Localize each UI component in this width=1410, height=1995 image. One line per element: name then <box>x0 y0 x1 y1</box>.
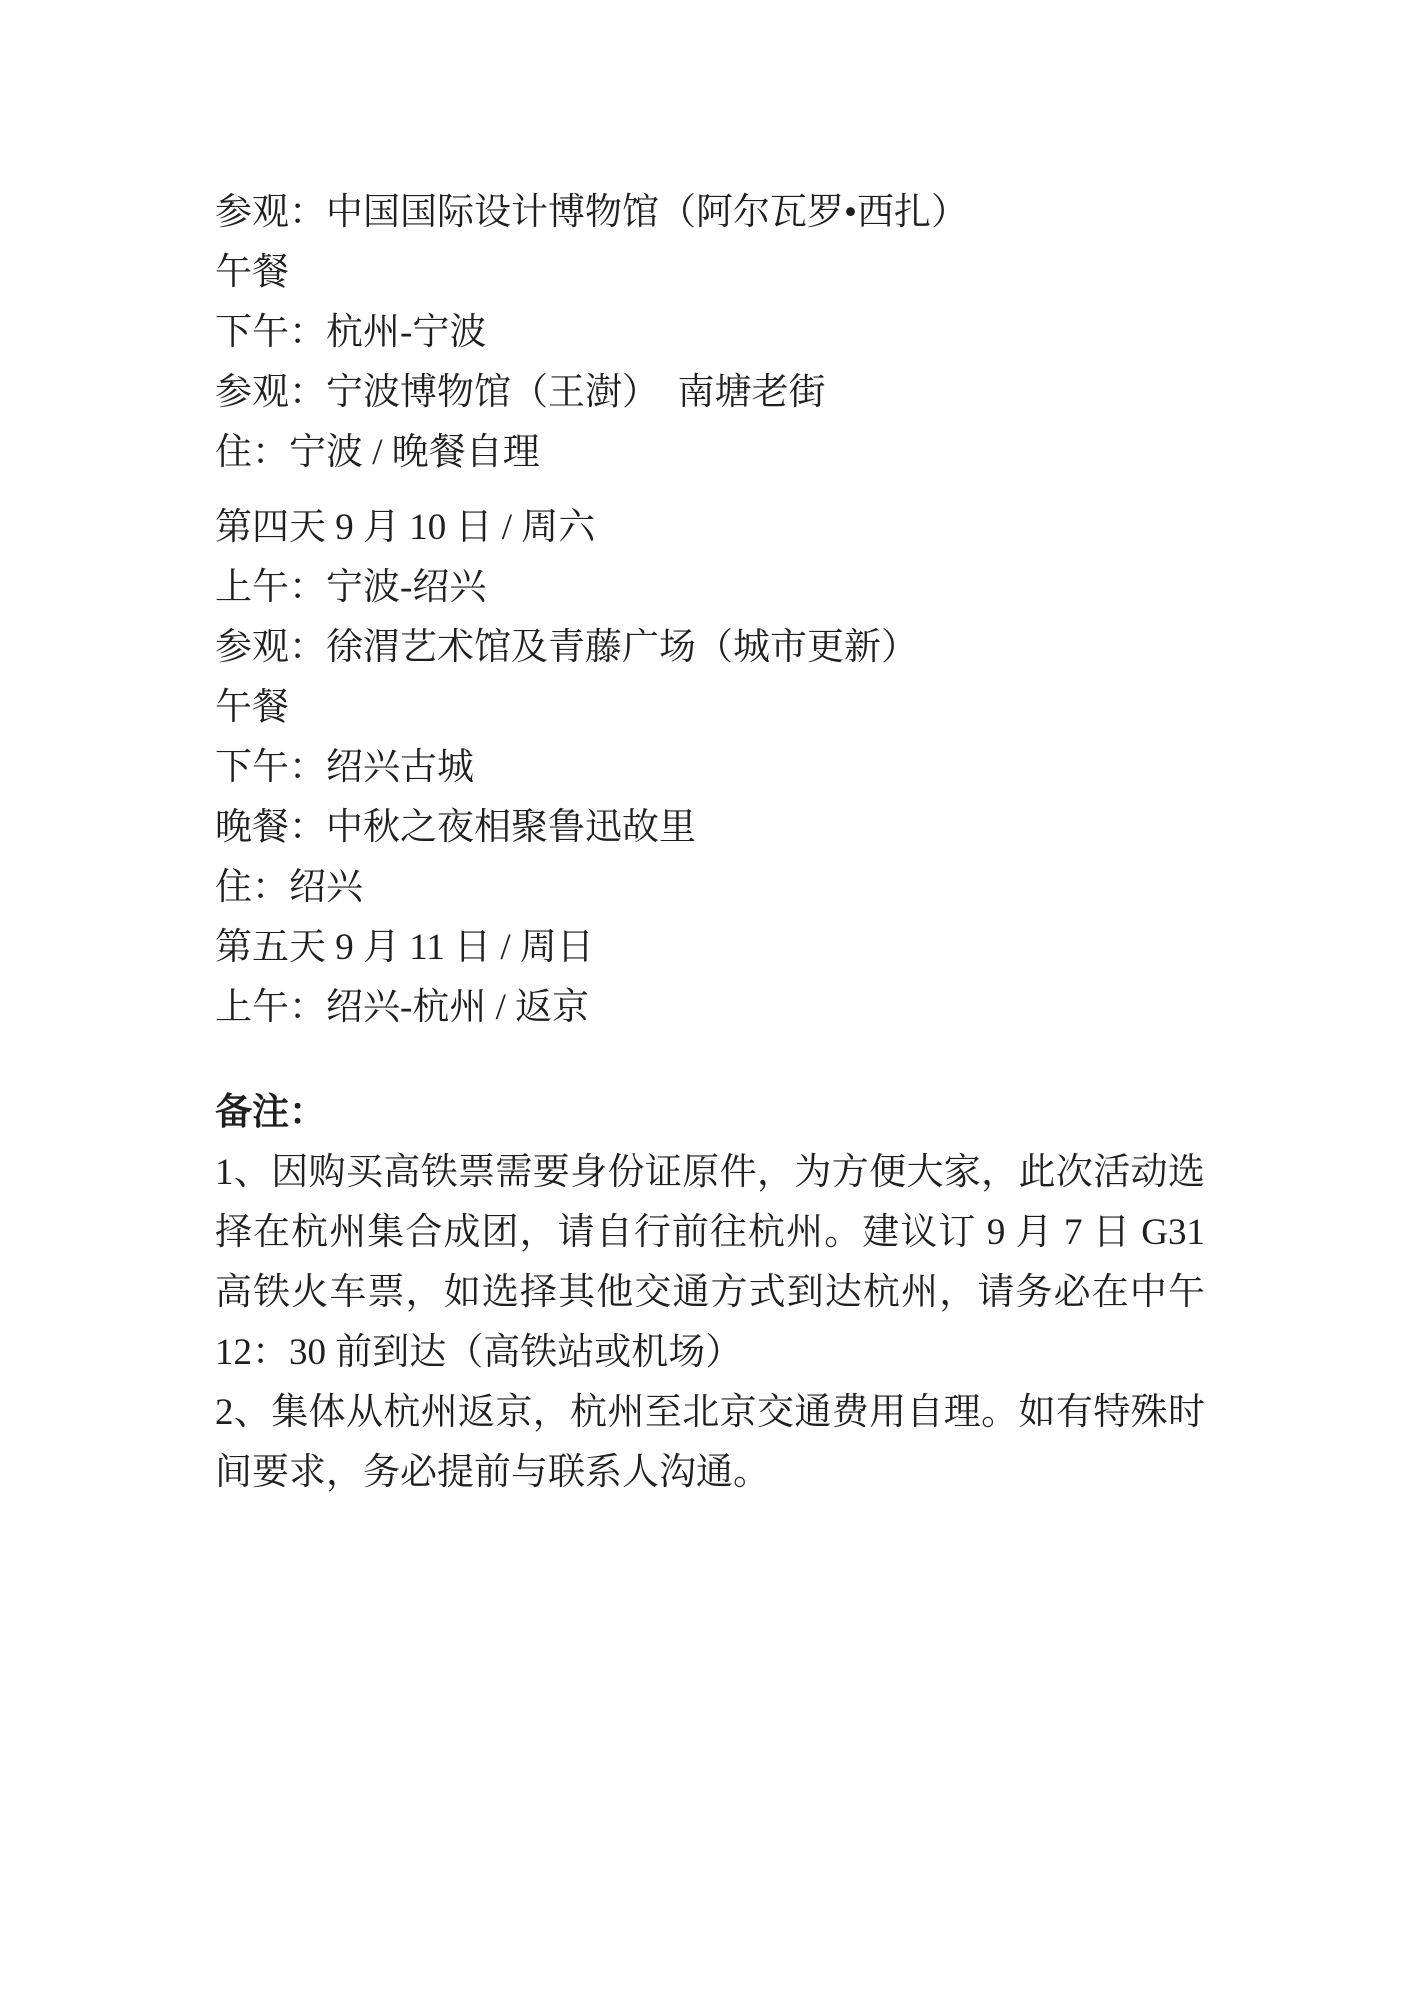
note-line: 择在杭州集合成团，请自行前往杭州。建议订 9 月 7 日 G31 <box>215 1203 1205 1263</box>
document-content: 参观：中国国际设计博物馆（阿尔瓦罗•西扎） 午餐 下午：杭州-宁波 参观：宁波博… <box>215 183 1205 1503</box>
itinerary-line: 晚餐：中秋之夜相聚鲁迅故里 <box>215 798 1205 858</box>
itinerary-line: 下午：杭州-宁波 <box>215 303 1205 363</box>
itinerary-line: 下午：绍兴古城 <box>215 738 1205 798</box>
itinerary-day4-day5-block: 第四天 9 月 10 日 / 周六 上午：宁波-绍兴 参观：徐渭艺术馆及青藤广场… <box>215 498 1205 1038</box>
notes-heading: 备注： <box>215 1083 1205 1143</box>
note-line: 高铁火车票，如选择其他交通方式到达杭州，请务必在中午 <box>215 1263 1205 1323</box>
itinerary-line: 上午：宁波-绍兴 <box>215 558 1205 618</box>
itinerary-line: 参观：宁波博物馆（王澍） 南塘老街 <box>215 363 1205 423</box>
itinerary-line: 上午：绍兴-杭州 / 返京 <box>215 978 1205 1038</box>
note-line: 2、集体从杭州返京，杭州至北京交通费用自理。如有特殊时 <box>215 1383 1205 1443</box>
note-line: 1、因购买高铁票需要身份证原件，为方便大家，此次活动选 <box>215 1143 1205 1203</box>
itinerary-line: 午餐 <box>215 243 1205 303</box>
document-page: 参观：中国国际设计博物馆（阿尔瓦罗•西扎） 午餐 下午：杭州-宁波 参观：宁波博… <box>0 0 1410 1995</box>
itinerary-line: 午餐 <box>215 678 1205 738</box>
note-line: 间要求，务必提前与联系人沟通。 <box>215 1443 1205 1503</box>
itinerary-line: 参观：中国国际设计博物馆（阿尔瓦罗•西扎） <box>215 183 1205 243</box>
note-line: 12：30 前到达（高铁站或机场） <box>215 1323 1205 1383</box>
itinerary-line: 住：宁波 / 晚餐自理 <box>215 423 1205 483</box>
itinerary-line: 参观：徐渭艺术馆及青藤广场（城市更新） <box>215 618 1205 678</box>
note-paragraph-2: 2、集体从杭州返京，杭州至北京交通费用自理。如有特殊时 间要求，务必提前与联系人… <box>215 1383 1205 1503</box>
itinerary-line: 住：绍兴 <box>215 858 1205 918</box>
itinerary-line: 第五天 9 月 11 日 / 周日 <box>215 918 1205 978</box>
itinerary-day3-block: 参观：中国国际设计博物馆（阿尔瓦罗•西扎） 午餐 下午：杭州-宁波 参观：宁波博… <box>215 183 1205 483</box>
note-paragraph-1: 1、因购买高铁票需要身份证原件，为方便大家，此次活动选 择在杭州集合成团，请自行… <box>215 1143 1205 1383</box>
itinerary-line: 第四天 9 月 10 日 / 周六 <box>215 498 1205 558</box>
